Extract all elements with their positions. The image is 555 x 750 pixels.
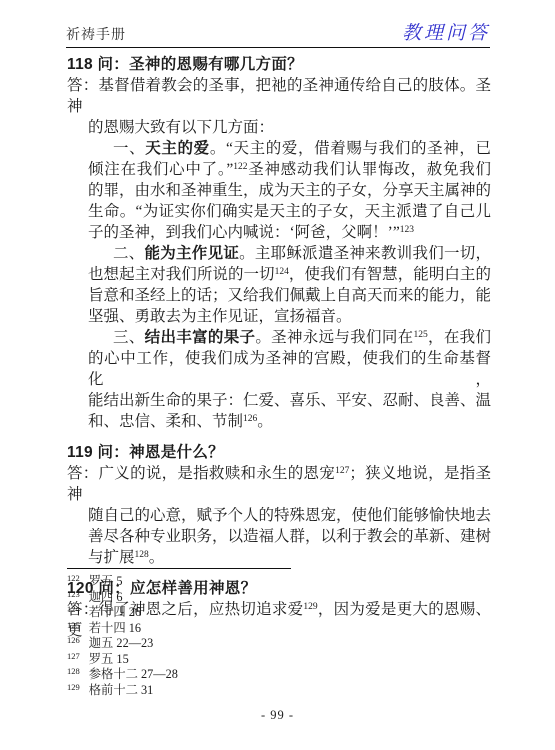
footnote-item: 126迦五 22—23: [67, 636, 491, 652]
text-line: 二、能为主作见证。主耶稣派遣圣神来教训我们一切，: [67, 243, 491, 264]
text-run: ，在我们: [428, 329, 491, 346]
header-book-title: 祈祷手册: [66, 24, 126, 44]
footnote-number: 128: [67, 666, 80, 676]
text-run: 随自己的心意，赋予个人的特殊恩宠，使他们能够愉快地去: [88, 507, 491, 524]
text-run: 圣神感动我们认罪悔改，赦免我们: [247, 161, 491, 178]
question-line: 118 问：圣神的恩赐有哪几方面？: [67, 54, 491, 75]
text-run: 的心中工作，使我们成为圣神的宫殿，使我们的生命基督化，: [88, 350, 491, 388]
text-run: 一、: [113, 140, 145, 157]
footnote-number: 127: [67, 651, 80, 661]
footnote-number: 126: [67, 635, 80, 645]
footnote-separator: [67, 568, 291, 569]
text-run: 能结出新生命的果子：仁爱、喜乐、平安、忍耐、良善、温: [88, 392, 491, 409]
text-run: 也想起主对我们所说的一切: [88, 266, 275, 283]
page-header: 祈祷手册 教理问答: [66, 18, 490, 46]
text-run: ，使我们有智慧，能明白主的: [289, 266, 491, 283]
footnote-text: 迦五 22—23: [89, 636, 154, 650]
header-rule: [66, 47, 490, 48]
page-number: - 99 -: [261, 708, 294, 722]
bold-run: 119 问：神恩是什么？: [67, 444, 224, 461]
footnote-ref: 128: [135, 550, 149, 560]
text-line: 和、忠信、柔和、节制126。: [67, 411, 491, 432]
text-run: 答：广义的说，是指救赎和永生的恩宠: [67, 465, 335, 482]
text-run: 坚强、勇敢去为主作见证，宣扬福音。: [88, 308, 352, 325]
footnote-number: 122: [67, 573, 80, 583]
footnote-ref: 122: [233, 162, 247, 172]
text-line: 随自己的心意，赋予个人的特殊恩宠，使他们能够愉快地去: [67, 505, 491, 526]
footnote-item: 123迦四 6: [67, 590, 491, 606]
text-line: 的恩赐大致有以下几方面：: [67, 117, 491, 138]
bold-run: 天主的爱: [145, 140, 210, 157]
footnote-ref: 125: [413, 330, 427, 340]
text-line: 的罪，由水和圣神重生，成为天主的子女，分享天主属神的: [67, 180, 491, 201]
text-run: 旨意和圣经上的话；又给我们佩戴上自高天而来的能力，能: [88, 287, 491, 304]
text-run: 善尽各种专业职务，以造福人群，以利于教会的革新、建树: [88, 528, 491, 545]
footnote-number: 124: [67, 604, 80, 614]
footnote-text: 若十四 16: [89, 621, 141, 635]
footnote-item: 124若十四 26: [67, 605, 491, 621]
main-text: 118 问：圣神的恩赐有哪几方面？答：基督借着教会的圣事，把祂的圣神通传给自己的…: [67, 54, 491, 641]
text-run: 二、: [113, 245, 145, 262]
text-run: 答：基督借着教会的圣事，把祂的圣神通传给自己的肢体。圣神: [67, 77, 491, 115]
qa-block: 118 问：圣神的恩赐有哪几方面？答：基督借着教会的圣事，把祂的圣神通传给自己的…: [67, 54, 491, 432]
bold-run: 能为主作见证: [145, 245, 240, 262]
text-line: 旨意和圣经上的话；又给我们佩戴上自高天而来的能力，能: [67, 285, 491, 306]
footnote-ref: 126: [243, 414, 257, 424]
text-run: 的罪，由水和圣神重生，成为天主的子女，分享天主属神的: [88, 182, 491, 199]
text-line: 答：基督借着教会的圣事，把祂的圣神通传给自己的肢体。圣神: [67, 75, 491, 117]
text-run: 与扩展: [88, 549, 135, 566]
footnote-item: 128参格十二 27—28: [67, 667, 491, 683]
text-line: 与扩展128。: [67, 547, 491, 568]
text-run: 。主耶稣派遣圣神来教训我们一切，: [239, 245, 491, 262]
footnote-number: 123: [67, 589, 80, 599]
footnote-item: 125若十四 16: [67, 621, 491, 637]
text-line: 一、天主的爱。“天主的爱，借着赐与我们的圣神，已: [67, 138, 491, 159]
text-run: 子的圣神，到我们心内喊说：‘阿爸，父啊！’”: [88, 224, 400, 241]
text-run: 和、忠信、柔和、节制: [88, 413, 243, 430]
text-run: 的恩赐大致有以下几方面：: [88, 119, 274, 136]
header-section-title: 教理问答: [402, 18, 490, 45]
text-line: 善尽各种专业职务，以造福人群，以利于教会的革新、建树: [67, 526, 491, 547]
footnote-text: 迦四 6: [89, 590, 123, 604]
footnotes-list: 122罗五 5123迦四 6124若十四 26125若十四 16126迦五 22…: [67, 574, 491, 698]
text-run: 。“天主的爱，借着赐与我们的圣神，已: [210, 140, 491, 157]
text-line: 倾注在我们心中了。”122圣神感动我们认罪悔改，赦免我们: [67, 159, 491, 180]
footnote-ref: 124: [275, 267, 289, 277]
footnote-text: 参格十二 27—28: [89, 667, 178, 681]
footnote-item: 127罗五 15: [67, 652, 491, 668]
text-line: 坚强、勇敢去为主作见证，宣扬福音。: [67, 306, 491, 327]
text-line: 生命。“为证实你们确实是天主的子女，天主派遣了自己儿: [67, 201, 491, 222]
text-run: 生命。“为证实你们确实是天主的子女，天主派遣了自己儿: [88, 203, 491, 220]
text-run: 倾注在我们心中了。”: [88, 161, 233, 178]
text-line: 的心中工作，使我们成为圣神的宫殿，使我们的生命基督化，: [67, 348, 491, 390]
footnote-ref: 123: [400, 225, 414, 235]
footnote-item: 122罗五 5: [67, 574, 491, 590]
text-line: 也想起主对我们所说的一切124，使我们有智慧，能明白主的: [67, 264, 491, 285]
text-line: 能结出新生命的果子：仁爱、喜乐、平安、忍耐、良善、温: [67, 390, 491, 411]
text-line: 三、结出丰富的果子。圣神永远与我们同在125，在我们: [67, 327, 491, 348]
qa-block: 119 问：神恩是什么？答：广义的说，是指救赎和永生的恩宠127；狭义地说，是指…: [67, 442, 491, 568]
bold-run: 118 问：圣神的恩赐有哪几方面？: [67, 56, 303, 73]
text-line: 子的圣神，到我们心内喊说：‘阿爸，父啊！’”123: [67, 222, 491, 243]
question-line: 119 问：神恩是什么？: [67, 442, 491, 463]
footnote-item: 129格前十二 31: [67, 683, 491, 699]
footnote-number: 125: [67, 620, 80, 630]
bold-run: 结出丰富的果子: [145, 329, 256, 346]
text-run: 三、: [113, 329, 145, 346]
document-page: 祈祷手册 教理问答 118 问：圣神的恩赐有哪几方面？答：基督借着教会的圣事，把…: [0, 0, 555, 750]
text-line: 答：广义的说，是指救赎和永生的恩宠127；狭义地说，是指圣神: [67, 463, 491, 505]
text-run: 。: [257, 413, 273, 430]
footnote-text: 罗五 5: [89, 574, 123, 588]
page-footer: - 99 -: [0, 708, 555, 723]
footnote-text: 格前十二 31: [89, 683, 154, 697]
footnote-text: 若十四 26: [89, 605, 141, 619]
text-run: 。圣神永远与我们同在: [255, 329, 413, 346]
footnote-ref: 127: [335, 466, 349, 476]
footnote-number: 129: [67, 682, 80, 692]
footnote-text: 罗五 15: [89, 652, 129, 666]
text-run: 。: [149, 549, 165, 566]
